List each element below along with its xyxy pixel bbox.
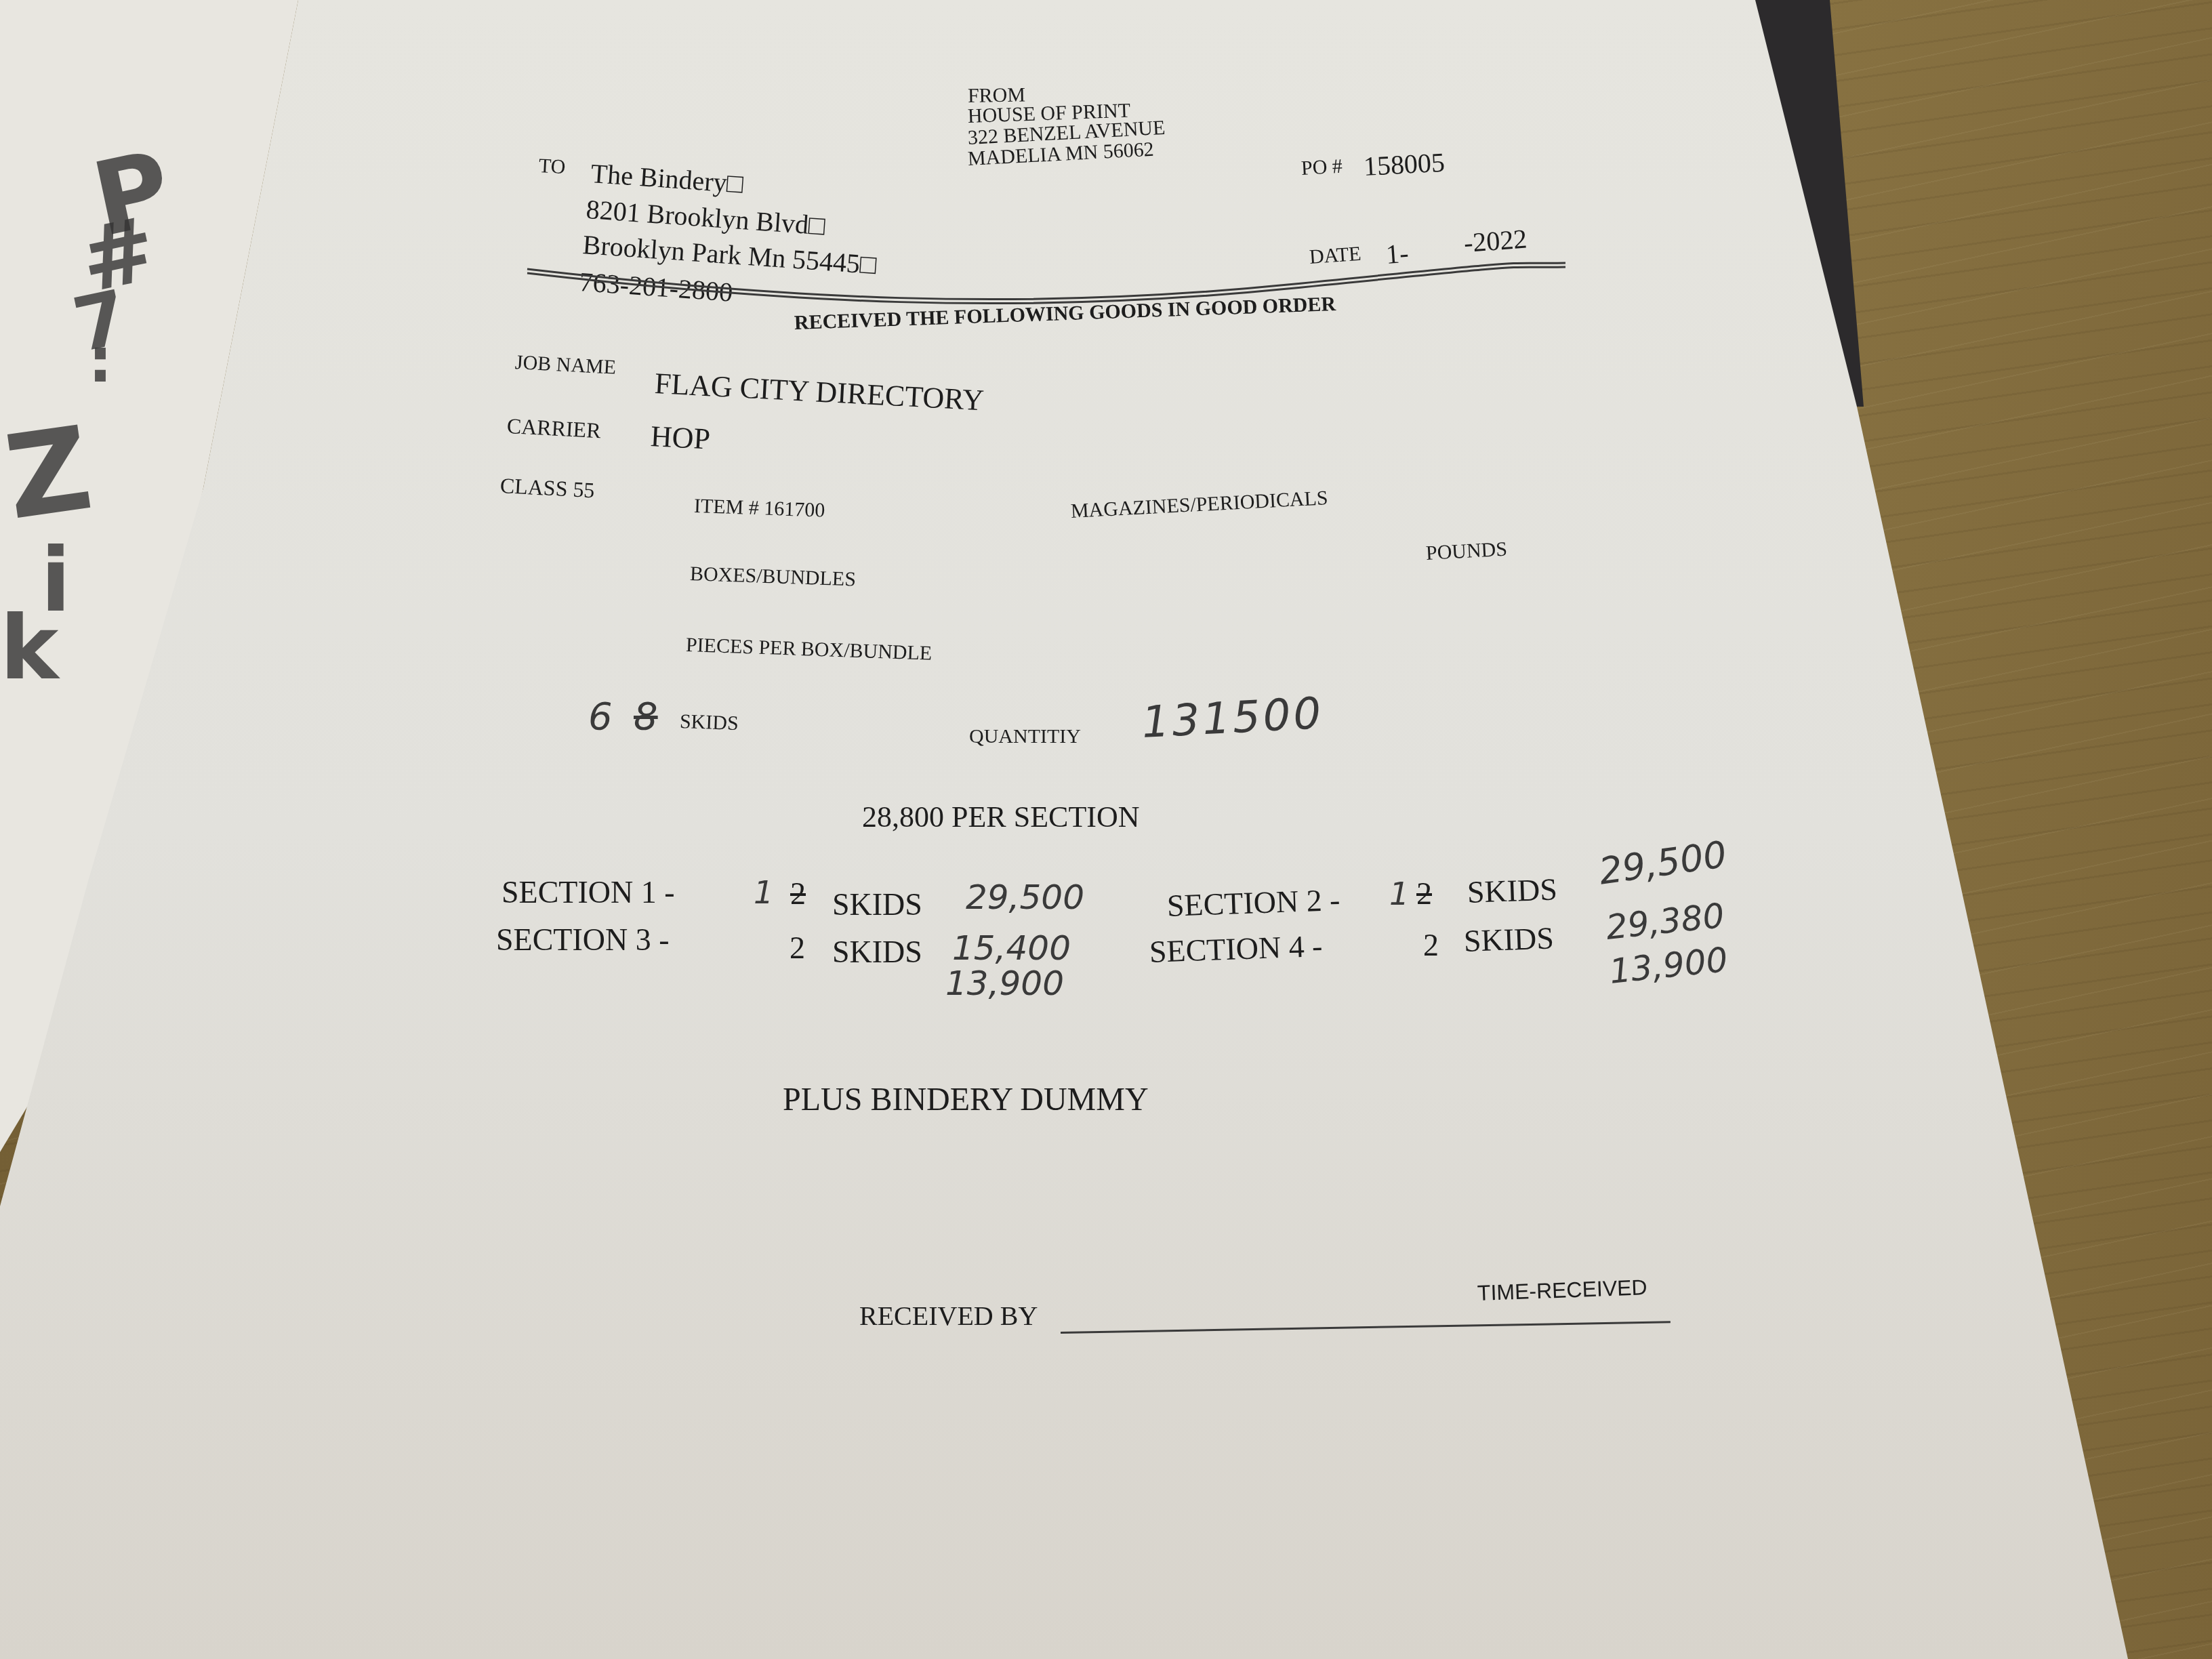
section-skids-label: SKIDS [1467,871,1558,910]
section-skids-handwritten: 1 [754,874,773,911]
item-number: ITEM # 161700 [693,495,825,523]
quantity-label: QUANTITIY [969,725,1081,748]
carrier-value: HOP [650,419,712,457]
section-skids-printed: 2 [1423,927,1439,963]
per-section-note: 28,800 PER SECTION [862,800,1139,834]
section-label: SECTION 3 - [496,922,670,958]
plus-bindery-dummy-note: PLUS BINDERY DUMMY [783,1081,1149,1118]
received-by-label: RECEIVED BY [859,1300,1038,1332]
section-count: 29,500 [966,878,1084,917]
section-skids-label: SKIDS [832,886,922,922]
section-skids-crossed: 2 [1416,876,1432,912]
quantity-handwritten: 131500 [1141,689,1325,748]
section-skids-crossed: 2 [790,876,806,912]
section-skids-label: SKIDS [1463,920,1555,959]
section-label: SECTION 4 - [1149,928,1323,970]
section-skids-printed: 2 [790,930,805,966]
pounds-label: POUNDS [1425,538,1508,565]
section-skids-label: SKIDS [832,934,922,970]
class-label: CLASS 55 [499,473,595,503]
skids-crossed-out: 8 [634,695,658,739]
skids-label: SKIDS [679,710,739,735]
section-count: 13,900 [945,964,1064,1003]
carrier-label: CARRIER [506,413,601,443]
section-label: SECTION 1 - [501,874,675,910]
section-label: SECTION 2 - [1166,882,1340,924]
section-skids-handwritten: 1 [1389,876,1409,912]
section-count: 15,400 [952,928,1071,968]
skids-handwritten: 6 [588,695,613,739]
delivery-receipt: FROM HOUSE OF PRINT 322 BENZEL AVENUE MA… [0,0,2212,1659]
